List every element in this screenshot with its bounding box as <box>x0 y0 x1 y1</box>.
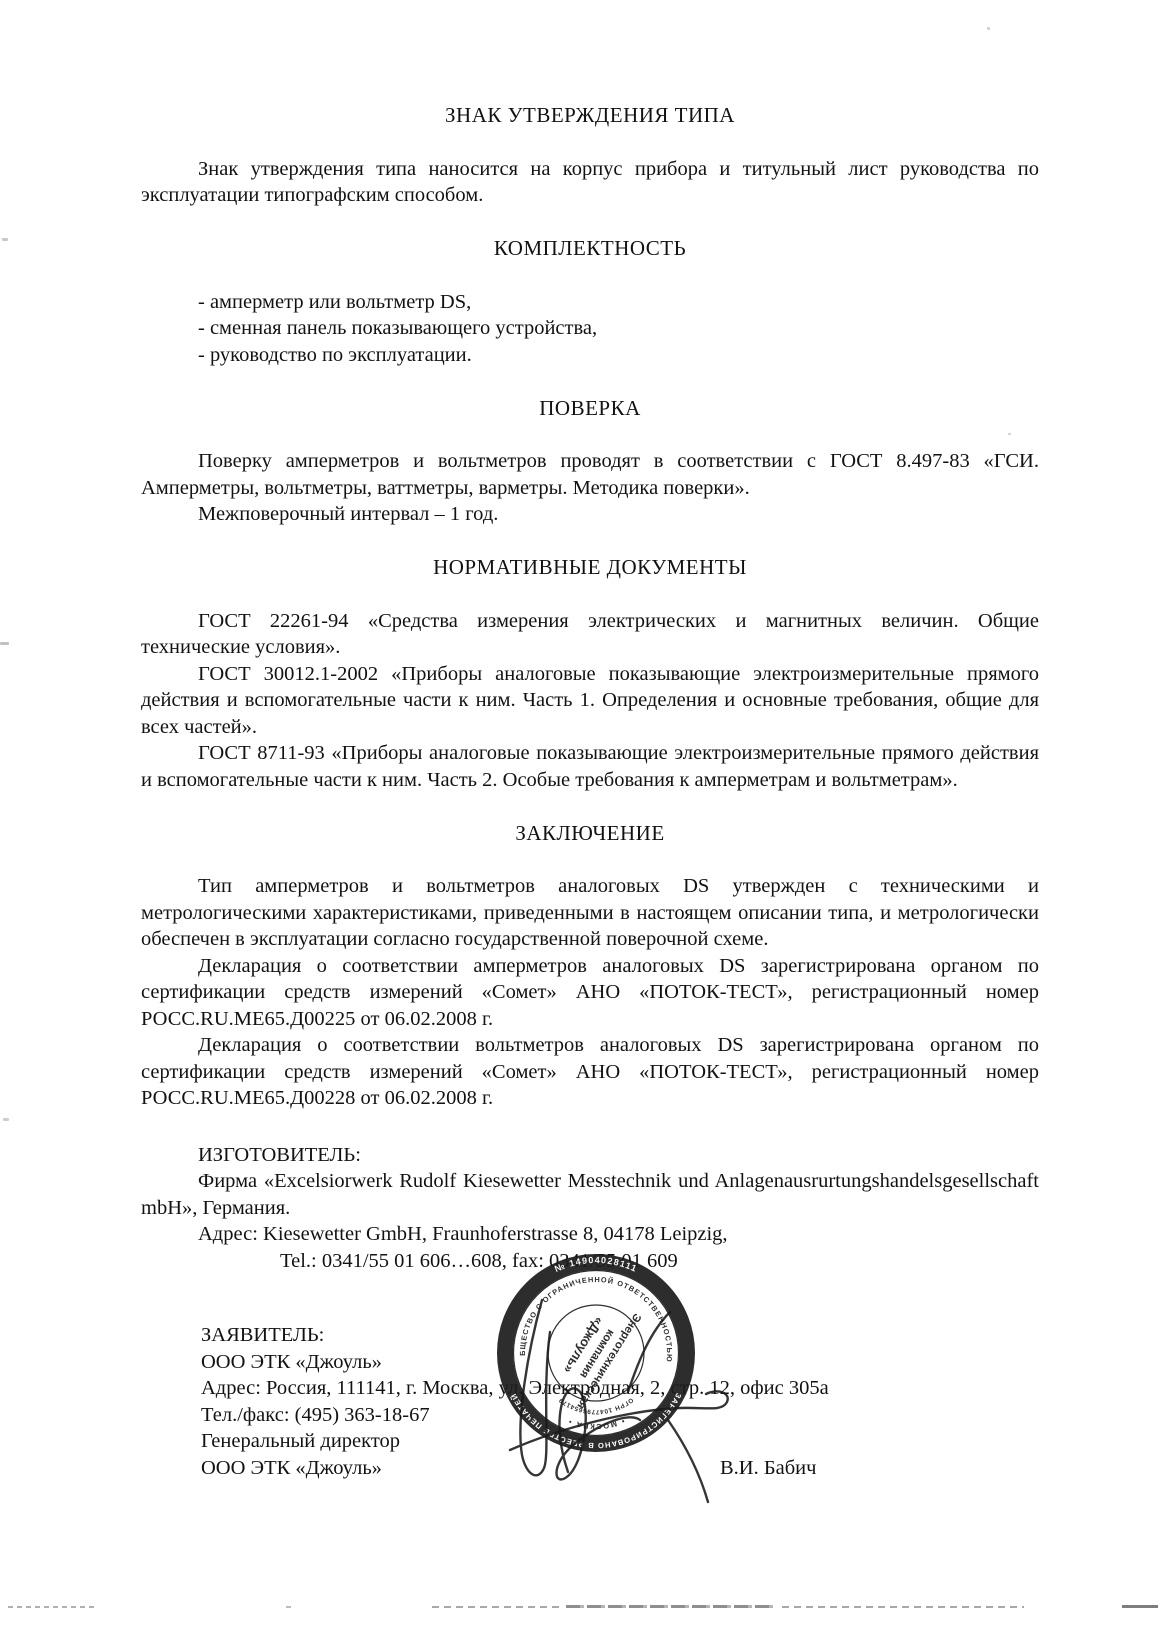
signature-graphic <box>480 1270 780 1515</box>
list-item: - руководство по эксплуатации. <box>141 342 1039 369</box>
scan-artifact-line <box>782 1606 1024 1608</box>
scan-speck <box>2 238 8 241</box>
list-item: - амперметр или вольтметр DS, <box>141 289 1039 316</box>
scan-speck <box>3 1118 9 1121</box>
normative-paragraph: ГОСТ 8711-93 «Приборы аналоговые показыв… <box>141 740 1039 793</box>
type-approval-paragraph: Знак утверждения типа наносится на корпу… <box>141 156 1039 209</box>
scan-artifact-line <box>432 1606 562 1608</box>
scan-speck <box>1008 433 1011 435</box>
normative-paragraph: ГОСТ 30012.1-2002 «Приборы аналоговые по… <box>141 661 1039 741</box>
section-title-conclusion: ЗАКЛЮЧЕНИЕ <box>141 820 1039 847</box>
conclusion-paragraph: Декларация о соответствии вольтметров ан… <box>141 1032 1039 1112</box>
scan-artifact-line <box>566 1605 776 1608</box>
conclusion-paragraph: Тип амперметров и вольтметров аналоговых… <box>141 873 1039 953</box>
manufacturer-label: ИЗГОТОВИТЕЛЬ: <box>141 1142 1039 1169</box>
section-title-normative-documents: НОРМАТИВНЫЕ ДОКУМЕНТЫ <box>141 554 1039 581</box>
scan-artifact-line <box>8 1606 96 1608</box>
list-item: - сменная панель показывающего устройств… <box>141 315 1039 342</box>
verification-interval-line: Межповерочный интервал – 1 год. <box>141 501 1039 528</box>
section-title-type-approval-mark: ЗНАК УТВЕРЖДЕНИЯ ТИПА <box>141 102 1039 129</box>
manufacturer-address-line: Адрес: Kiesewetter GmbH, Fraunhoferstras… <box>141 1221 1039 1248</box>
document-page: ЗНАК УТВЕРЖДЕНИЯ ТИПА Знак утверждения т… <box>0 0 1172 1649</box>
signature <box>480 1270 780 1515</box>
verification-paragraph: Поверку амперметров и вольтметров провод… <box>141 448 1039 501</box>
normative-paragraph: ГОСТ 22261-94 «Средства измерения электр… <box>141 608 1039 661</box>
scan-artifact-line <box>286 1606 291 1608</box>
scan-speck <box>0 642 9 645</box>
scan-speck <box>987 27 990 30</box>
manufacturer-firm-paragraph: Фирма «Excelsiorwerk Rudolf Kiesewetter … <box>141 1168 1039 1221</box>
completeness-list: - амперметр или вольтметр DS, - сменная … <box>141 289 1039 369</box>
conclusion-paragraph: Декларация о соответствии амперметров ан… <box>141 953 1039 1033</box>
section-title-verification: ПОВЕРКА <box>141 395 1039 422</box>
scan-artifact-line <box>1122 1605 1158 1608</box>
section-title-completeness: КОМПЛЕКТНОСТЬ <box>141 235 1039 262</box>
